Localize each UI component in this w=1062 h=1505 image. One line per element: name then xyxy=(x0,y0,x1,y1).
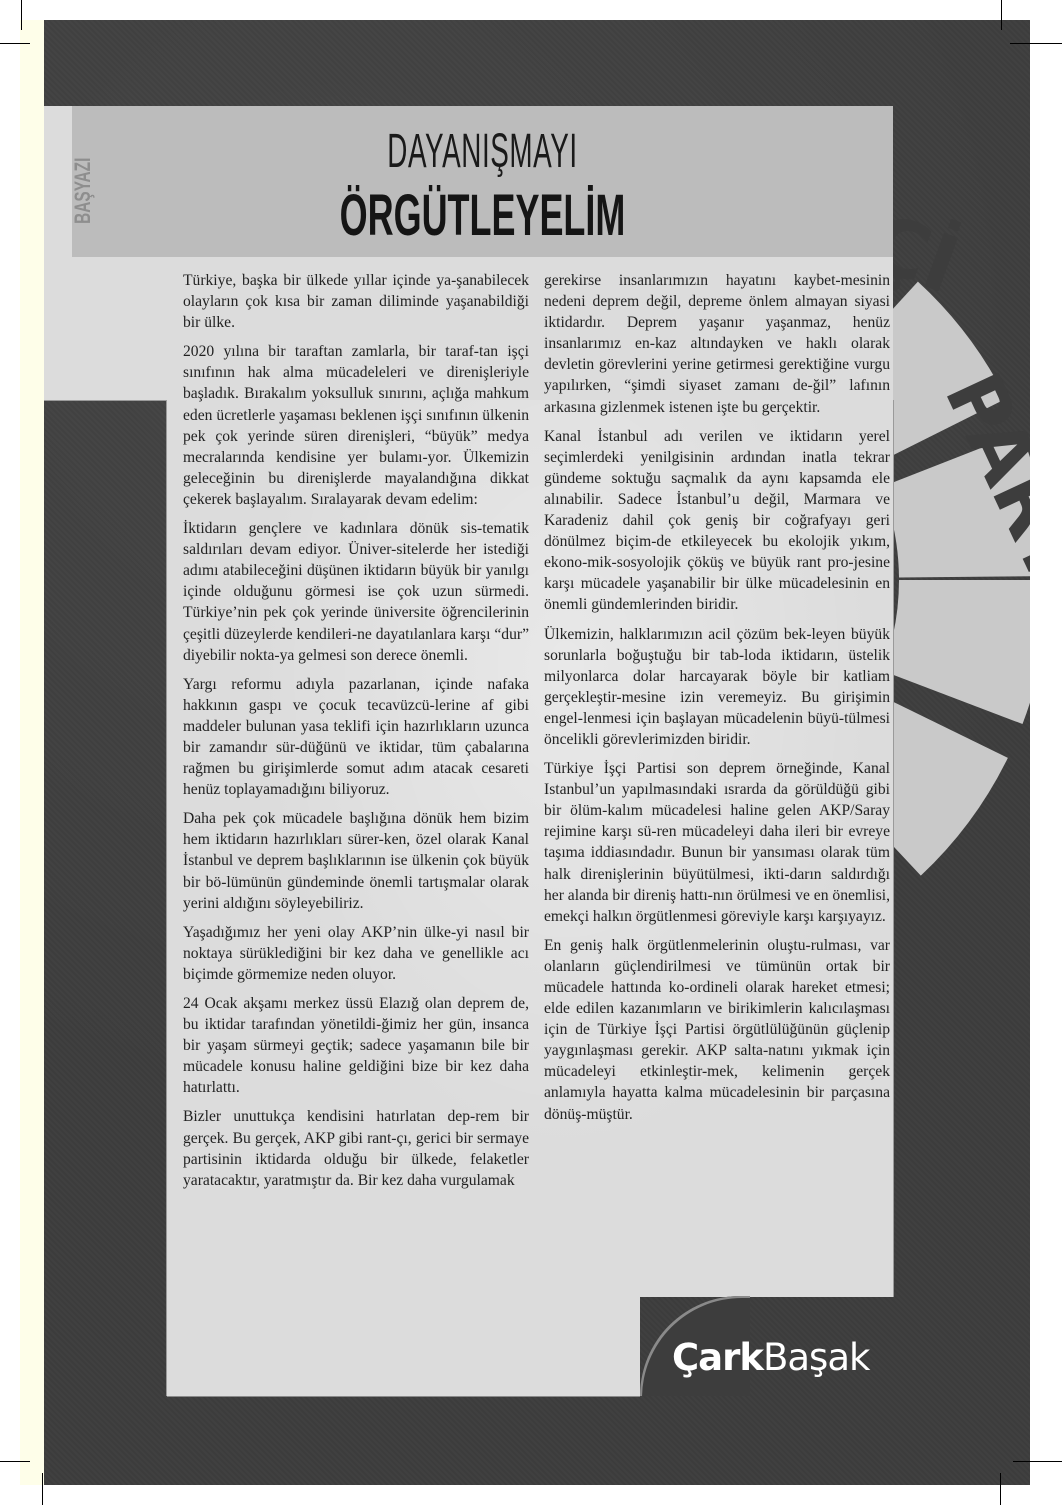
article-column-left: Türkiye, başka bir ülkede yıllar içinde … xyxy=(183,270,529,1199)
crop-mark xyxy=(1001,0,1002,30)
crop-mark xyxy=(0,43,30,44)
crop-mark xyxy=(42,1473,43,1505)
crop-mark xyxy=(0,1461,30,1462)
paragraph: Ülkemizin, halklarımızın acil çözüm bek-… xyxy=(544,624,890,751)
crop-mark xyxy=(1013,1461,1062,1462)
paragraph: 2020 yılına bir taraftan zamlarla, bir t… xyxy=(183,341,529,510)
brand-logo: ÇarkBaşak xyxy=(672,1336,869,1379)
section-label: BAŞYAZI xyxy=(70,148,96,238)
brand-part-1: Çark xyxy=(672,1336,763,1379)
paragraph: En geniş halk örgütlenmelerinin oluştu-r… xyxy=(544,935,890,1125)
article-panel-bottom xyxy=(167,1296,640,1396)
section-label-text: BAŞYAZI xyxy=(70,158,96,224)
crop-mark xyxy=(1000,1473,1001,1505)
crop-mark xyxy=(1010,43,1062,44)
title-line-1: DAYANIŞMAYI xyxy=(244,124,720,179)
paragraph: İktidarın gençlere ve kadınlara dönük si… xyxy=(183,518,529,666)
title-line-2: ÖRGÜTLEYELİM xyxy=(228,182,737,249)
paragraph: Türkiye İşçi Partisi son deprem örneğind… xyxy=(544,758,890,927)
crop-mark xyxy=(21,0,22,30)
title-band: DAYANIŞMAYI ÖRGÜTLEYELİM xyxy=(72,106,893,257)
paragraph: 24 Ocak akşamı merkez üssü Elazığ olan d… xyxy=(183,993,529,1098)
article-column-right: gerekirse insanlarımızın hayatını kaybet… xyxy=(544,270,890,1133)
paragraph: Yargı reformu adıyla pazarlanan, içinde … xyxy=(183,674,529,801)
paragraph: Türkiye, başka bir ülkede yıllar içinde … xyxy=(183,270,529,333)
bleed-strip xyxy=(20,20,44,1485)
paragraph: gerekirse insanlarımızın hayatını kaybet… xyxy=(544,270,890,418)
paragraph: Bizler unuttukça kendisini hatırlatan de… xyxy=(183,1106,529,1190)
paragraph: Yaşadığımız her yeni olay AKP’nin ülke-y… xyxy=(183,922,529,985)
paragraph: Daha pek çok mücadele başlığına dönük he… xyxy=(183,808,529,913)
brand-part-2: Başak xyxy=(763,1336,869,1379)
paragraph: Kanal İstanbul adı verilen ve iktidarın … xyxy=(544,426,890,616)
